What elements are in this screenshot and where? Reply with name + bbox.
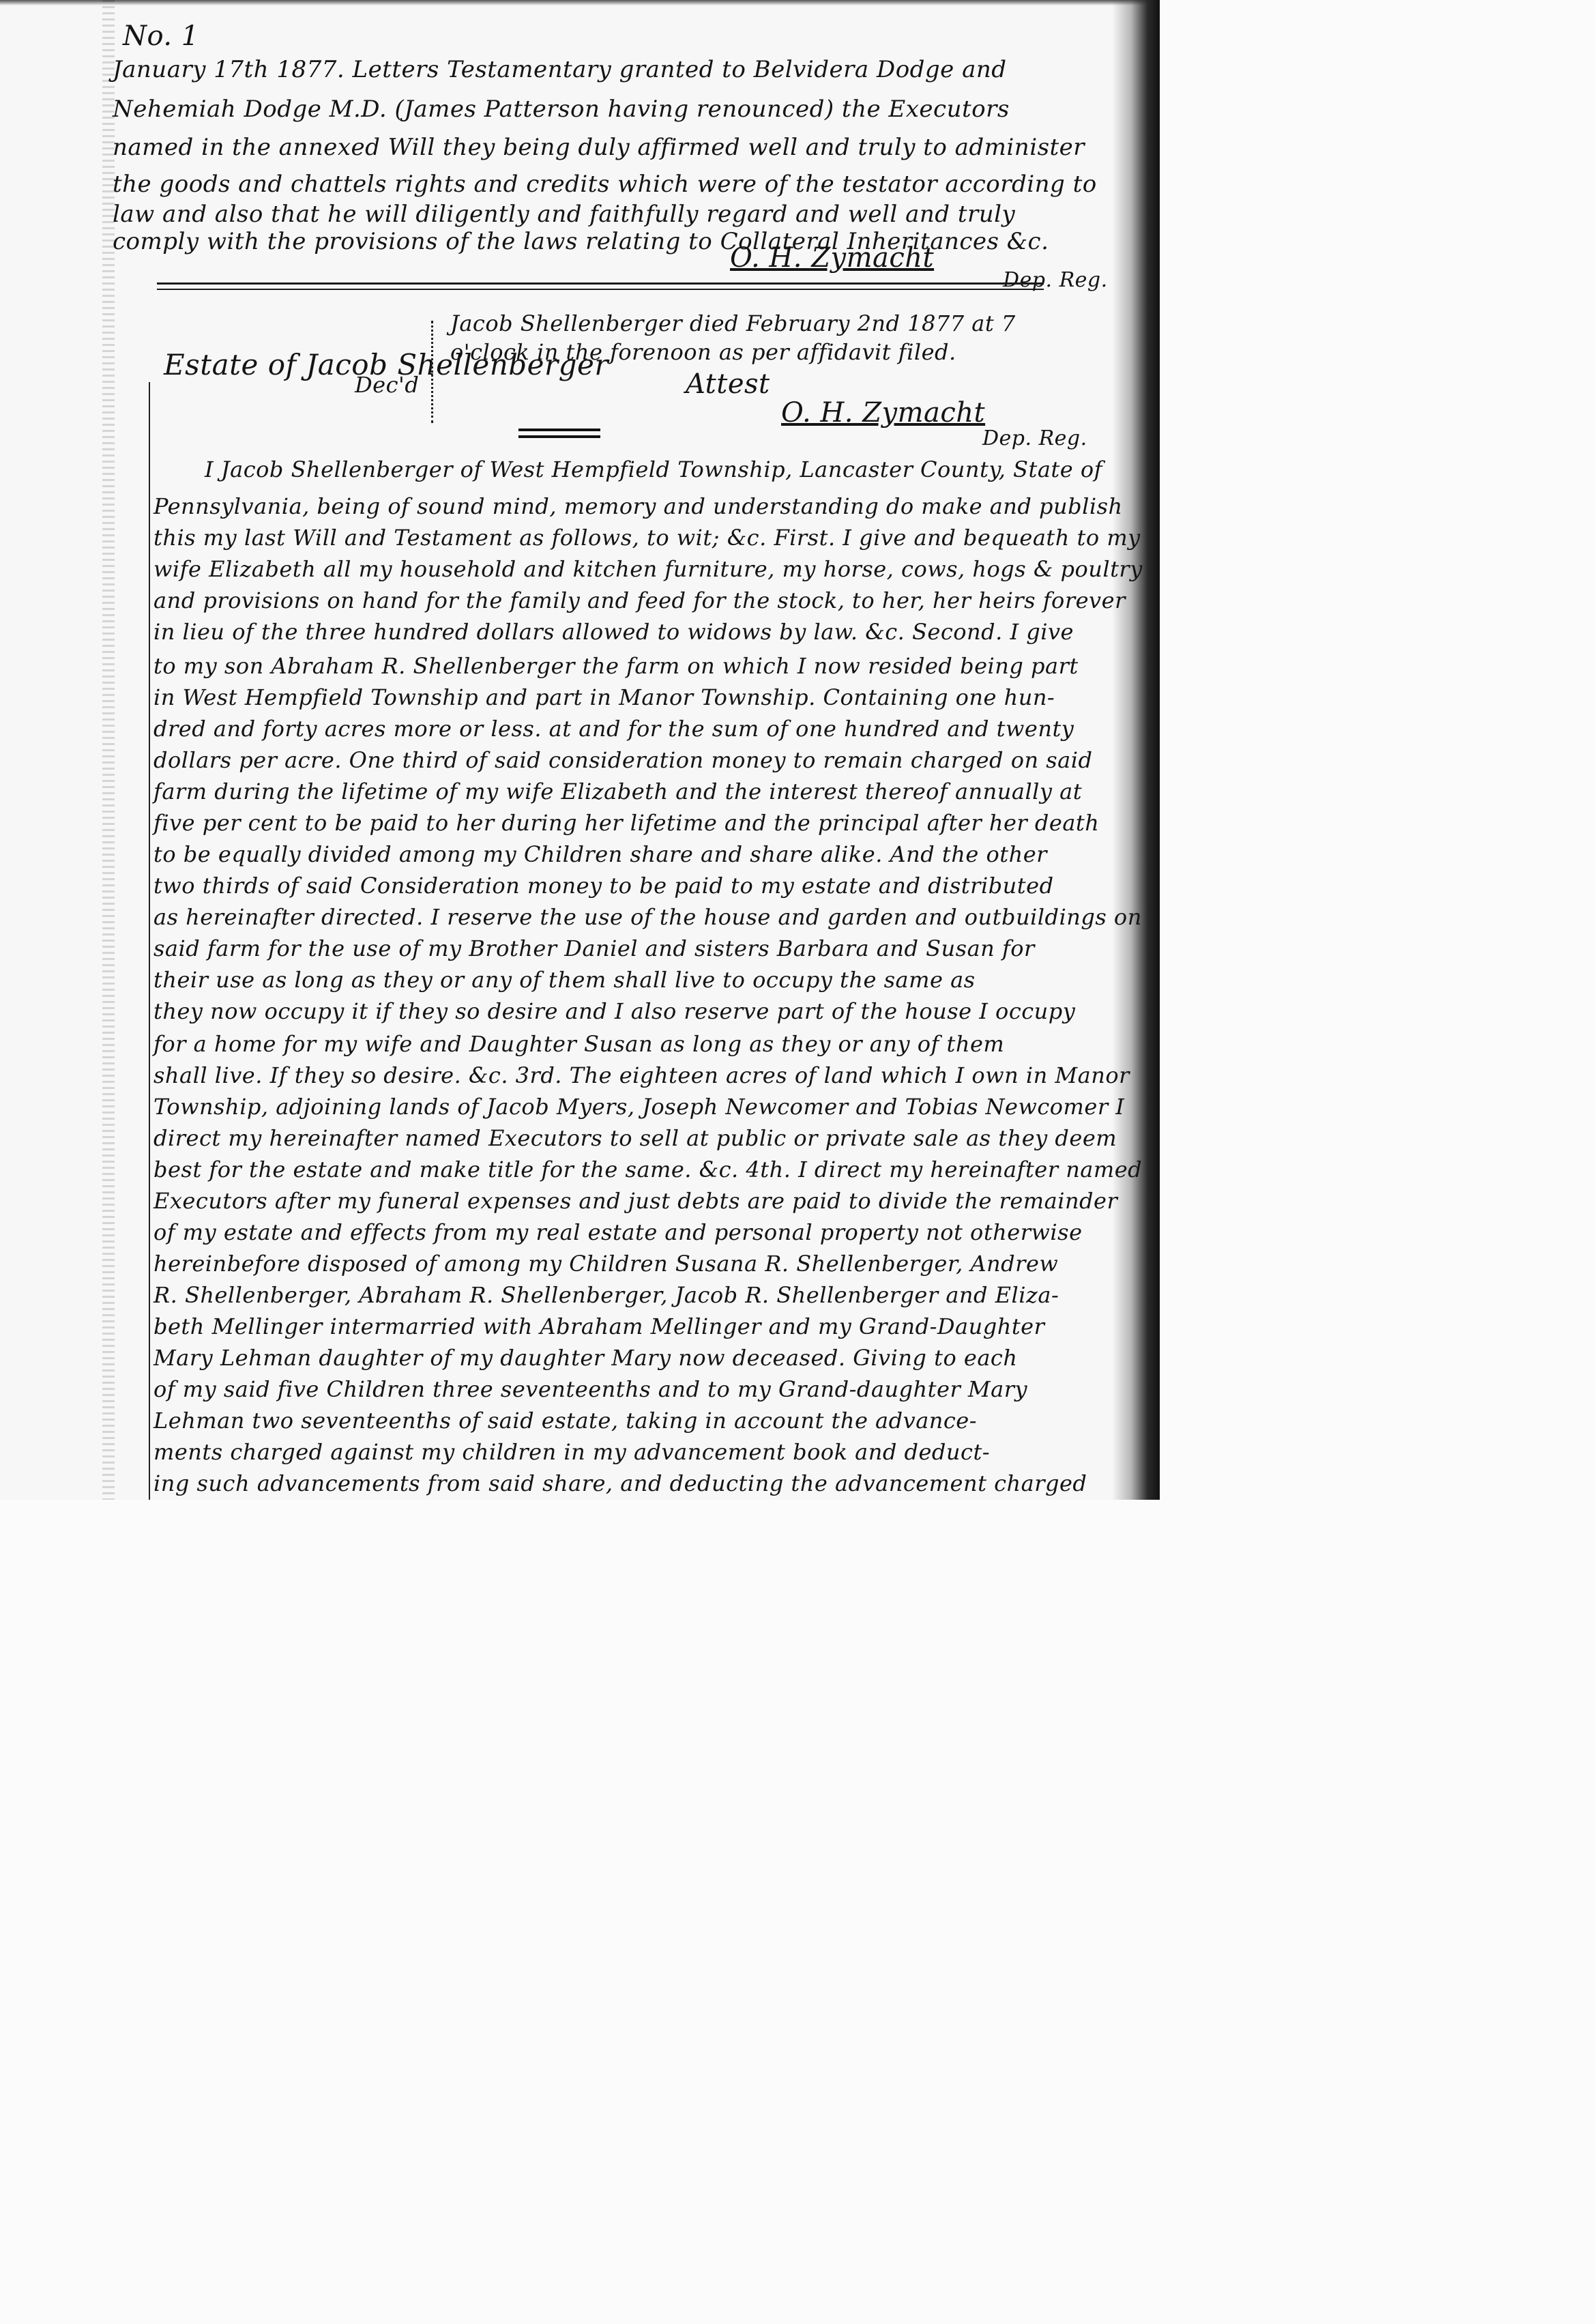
will-line: Pennsylvania, being of sound mind, memor… <box>153 495 1123 517</box>
register-signature: O. H. Zymacht <box>730 242 934 274</box>
will-line: Lehman two seventeenths of said estate, … <box>153 1410 977 1432</box>
will-line: dred and forty acres more or less. at an… <box>153 718 1074 740</box>
will-line: two thirds of said Consideration money t… <box>153 875 1054 897</box>
attest-title: Dep. Reg. <box>982 426 1087 450</box>
short-divider <box>518 429 600 431</box>
will-line: to my son Abraham R. Shellenberger the f… <box>153 655 1079 677</box>
will-line: to be equally divided among my Children … <box>153 843 1047 865</box>
will-line: in West Hempfield Township and part in M… <box>153 686 1055 708</box>
page-mark: No. 1 <box>123 20 199 52</box>
estate-status: Dec'd <box>355 372 419 398</box>
will-line: of my estate and effects from my real es… <box>153 1221 1083 1243</box>
left-margin-rule <box>149 382 150 1500</box>
will-line: beth Mellinger intermarried with Abraham… <box>153 1316 1044 1337</box>
will-line: shall live. If they so desire. &c. 3rd. … <box>153 1064 1130 1086</box>
will-line: of my said five Children three seventeen… <box>153 1378 1027 1400</box>
attest-signature: O. H. Zymacht <box>781 397 985 429</box>
brace-divider <box>431 321 436 423</box>
scan-shadow-top <box>0 0 1160 5</box>
will-line: Township, adjoining lands of Jacob Myers… <box>153 1096 1124 1118</box>
entry-line: the goods and chattels rights and credit… <box>113 173 1097 196</box>
death-notice-line: Jacob Shellenberger died February 2nd 18… <box>450 313 1016 334</box>
entry-line: Nehemiah Dodge M.D. (James Patterson hav… <box>113 98 1010 121</box>
will-line: and provisions on hand for the family an… <box>153 590 1126 611</box>
will-line: in lieu of the three hundred dollars all… <box>153 621 1074 643</box>
short-divider <box>518 435 600 438</box>
will-line: direct my hereinafter named Executors to… <box>153 1127 1117 1149</box>
will-line: for a home for my wife and Daughter Susa… <box>153 1033 1004 1055</box>
section-divider <box>157 289 1044 290</box>
entry-line: law and also that he will diligently and… <box>113 203 1015 226</box>
entry-line: named in the annexed Will they being dul… <box>113 136 1085 159</box>
scanned-document-page: No. 1 January 17th 1877. Letters Testame… <box>0 0 1160 1500</box>
will-line: ments charged against my children in my … <box>153 1441 990 1463</box>
will-line: their use as long as they or any of them… <box>153 969 976 991</box>
entry-line: January 17th 1877. Letters Testamentary … <box>113 58 1007 81</box>
will-line: dollars per acre. One third of said cons… <box>153 749 1092 771</box>
will-line: wife Elizabeth all my household and kitc… <box>153 558 1143 580</box>
will-line: R. Shellenberger, Abraham R. Shellenberg… <box>153 1284 1059 1306</box>
will-line: said farm for the use of my Brother Dani… <box>153 938 1035 959</box>
will-line: they now occupy it if they so desire and… <box>153 1000 1075 1022</box>
will-line: Mary Lehman daughter of my daughter Mary… <box>153 1347 1017 1369</box>
section-divider <box>157 282 1044 285</box>
will-line: farm during the lifetime of my wife Eliz… <box>153 781 1082 802</box>
will-opening: I Jacob Shellenberger of West Hempfield … <box>205 459 1102 480</box>
attest-label: Attest <box>686 368 770 400</box>
death-notice-line: o'clock in the forenoon as per affidavit… <box>450 341 956 363</box>
scan-shadow-right <box>1112 0 1160 1500</box>
will-line: best for the estate and make title for t… <box>153 1159 1142 1180</box>
will-line: Executors after my funeral expenses and … <box>153 1190 1117 1212</box>
will-line: as hereinafter directed. I reserve the u… <box>153 906 1142 928</box>
will-line: five per cent to be paid to her during h… <box>153 812 1099 834</box>
will-line: ing such advancements from said share, a… <box>153 1472 1087 1494</box>
will-line: this my last Will and Testament as follo… <box>153 527 1141 549</box>
will-line: hereinbefore disposed of among my Childr… <box>153 1253 1058 1275</box>
